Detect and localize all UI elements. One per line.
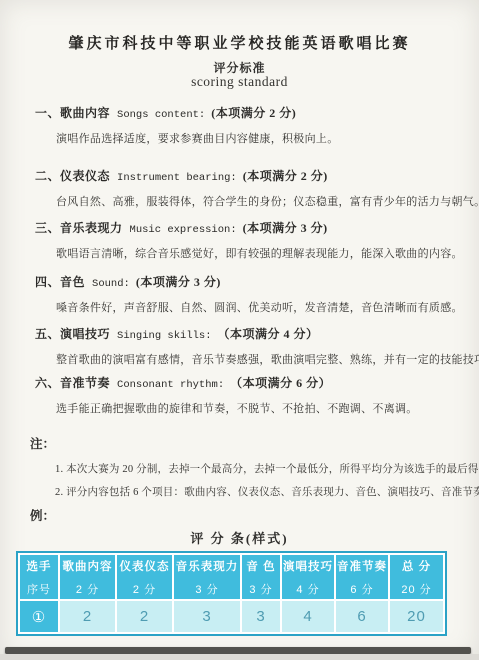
notes-label: 注： bbox=[30, 434, 55, 452]
table-cell-skills-score: 4 bbox=[282, 601, 334, 632]
document-title: 肇庆市科技中等职业学校技能英语歌唱比赛 bbox=[0, 32, 479, 53]
header-line1: 演唱技巧 bbox=[283, 558, 333, 574]
table-cell-total-score: 20 bbox=[390, 601, 443, 632]
criteria-name-zh: 三、音乐表现力 bbox=[35, 221, 123, 235]
criteria-description: 台风自然、高雅，服装得体，符合学生的身份；仪态稳重，富有青少年的活力与朝气。 bbox=[56, 193, 469, 209]
header-line1: 仪表仪态 bbox=[120, 558, 170, 574]
document-subtitle-en: scoring standard bbox=[0, 74, 479, 90]
table-cell-contestant-id: ① bbox=[20, 601, 58, 632]
table-header-song-content: 歌曲内容 2 分 bbox=[60, 555, 115, 599]
criteria-item-6: 六、音准节奏 Consonant rhythm: （本项满分 6 分） 选手能正… bbox=[35, 374, 469, 416]
criteria-description: 歌唱语言清晰，综合音乐感觉好，即有较强的理解表现能力，能深入歌曲的内容。 bbox=[56, 245, 469, 261]
criteria-name-en: Singing skills: bbox=[117, 330, 212, 342]
criteria-name-zh: 四、音色 bbox=[35, 275, 85, 289]
score-slip-table: 选手 序号 歌曲内容 2 分 仪表仪态 2 分 音乐表现力 3 分 音 色 3 … bbox=[16, 551, 447, 636]
scan-page-edge-light bbox=[0, 654, 479, 660]
criteria-description: 嗓音条件好，声音舒服、自然、圆润、优美动听，发音清楚，音色清晰而有质感。 bbox=[56, 299, 469, 315]
table-header-sound: 音 色 3 分 bbox=[242, 555, 280, 599]
scan-page-edge-shadow bbox=[5, 647, 471, 654]
criteria-item-heading: 三、音乐表现力 Music expression: (本项满分 3 分) bbox=[35, 219, 469, 236]
table-cell-song-content-score: 2 bbox=[60, 601, 115, 632]
header-line1: 音准节奏 bbox=[337, 558, 387, 574]
table-header-rhythm: 音准节奏 6 分 bbox=[336, 555, 388, 599]
note-line-2: 2. 评分内容包括 6 个项目：歌曲内容、仪表仪态、音乐表现力、音色、演唱技巧、… bbox=[55, 484, 475, 499]
header-line1: 选手 bbox=[27, 558, 52, 574]
example-label: 例： bbox=[30, 506, 55, 524]
criteria-max-score: （本项满分 4 分） bbox=[218, 327, 319, 341]
criteria-name-en: Songs content: bbox=[117, 109, 205, 121]
criteria-description: 整首歌曲的演唱富有感情，音乐节奏感强，歌曲演唱完整、熟练，并有一定的技能技巧。 bbox=[56, 351, 469, 367]
criteria-name-zh: 五、演唱技巧 bbox=[35, 327, 110, 341]
criteria-max-score: （本项满分 6 分） bbox=[230, 376, 331, 390]
table-cell-sound-score: 3 bbox=[242, 601, 280, 632]
criteria-item-heading: 一、歌曲内容 Songs content: (本项满分 2 分) bbox=[35, 104, 469, 121]
criteria-name-en: Instrument bearing: bbox=[117, 172, 237, 184]
header-line2: 3 分 bbox=[249, 581, 272, 597]
header-line2: 2 分 bbox=[76, 581, 99, 597]
table-header-skills: 演唱技巧 4 分 bbox=[282, 555, 334, 599]
criteria-description: 选手能正确把握歌曲的旋律和节奏，不脱节、不抢拍、不跑调、不离调。 bbox=[56, 400, 469, 416]
criteria-max-score: (本项满分 3 分) bbox=[136, 275, 221, 289]
criteria-item-5: 五、演唱技巧 Singing skills: （本项满分 4 分） 整首歌曲的演… bbox=[35, 325, 469, 367]
table-cell-expression-score: 3 bbox=[174, 601, 240, 632]
note-line-1: 1. 本次大赛为 20 分制，去掉一个最高分，去掉一个最低分，所得平均分为该选手… bbox=[55, 461, 475, 476]
header-line2: 20 分 bbox=[401, 581, 431, 597]
header-line1: 音 色 bbox=[246, 558, 275, 574]
header-line1: 总 分 bbox=[402, 558, 431, 574]
criteria-max-score: (本项满分 2 分) bbox=[211, 106, 296, 120]
table-cell-rhythm-score: 6 bbox=[336, 601, 388, 632]
table-cell-bearing-score: 2 bbox=[117, 601, 172, 632]
table-header-bearing: 仪表仪态 2 分 bbox=[117, 555, 172, 599]
table-header-contestant: 选手 序号 bbox=[20, 555, 58, 599]
criteria-name-zh: 一、歌曲内容 bbox=[35, 106, 110, 120]
criteria-max-score: (本项满分 3 分) bbox=[243, 221, 328, 235]
table-header-expression: 音乐表现力 3 分 bbox=[174, 555, 240, 599]
criteria-name-en: Sound: bbox=[92, 278, 130, 290]
criteria-name-en: Music expression: bbox=[130, 224, 237, 236]
table-header-total: 总 分 20 分 bbox=[390, 555, 443, 599]
criteria-item-heading: 二、仪表仪态 Instrument bearing: (本项满分 2 分) bbox=[35, 167, 469, 184]
header-line2: 2 分 bbox=[133, 581, 156, 597]
criteria-item-4: 四、音色 Sound: (本项满分 3 分) 嗓音条件好，声音舒服、自然、圆润、… bbox=[35, 273, 469, 315]
score-slip-title: 评 分 条(样式) bbox=[0, 528, 479, 547]
criteria-name-zh: 六、音准节奏 bbox=[35, 376, 110, 390]
criteria-item-heading: 五、演唱技巧 Singing skills: （本项满分 4 分） bbox=[35, 325, 469, 342]
header-line2: 4 分 bbox=[296, 581, 319, 597]
criteria-description: 演唱作品选择适度，要求参赛曲目内容健康，积极向上。 bbox=[56, 130, 469, 146]
criteria-item-heading: 六、音准节奏 Consonant rhythm: （本项满分 6 分） bbox=[35, 374, 469, 391]
criteria-name-zh: 二、仪表仪态 bbox=[35, 169, 110, 183]
criteria-item-heading: 四、音色 Sound: (本项满分 3 分) bbox=[35, 273, 469, 290]
criteria-name-en: Consonant rhythm: bbox=[117, 379, 224, 391]
criteria-item-2: 二、仪表仪态 Instrument bearing: (本项满分 2 分) 台风… bbox=[35, 167, 469, 209]
header-line2: 6 分 bbox=[350, 581, 373, 597]
scanned-document-page: 肇庆市科技中等职业学校技能英语歌唱比赛 评分标准 scoring standar… bbox=[0, 0, 479, 660]
criteria-item-1: 一、歌曲内容 Songs content: (本项满分 2 分) 演唱作品选择适… bbox=[35, 104, 469, 146]
header-line2: 序号 bbox=[27, 581, 51, 597]
criteria-max-score: (本项满分 2 分) bbox=[243, 169, 328, 183]
header-line1: 音乐表现力 bbox=[176, 558, 239, 574]
criteria-item-3: 三、音乐表现力 Music expression: (本项满分 3 分) 歌唱语… bbox=[35, 219, 469, 261]
header-line1: 歌曲内容 bbox=[63, 558, 113, 574]
header-line2: 3 分 bbox=[195, 581, 218, 597]
